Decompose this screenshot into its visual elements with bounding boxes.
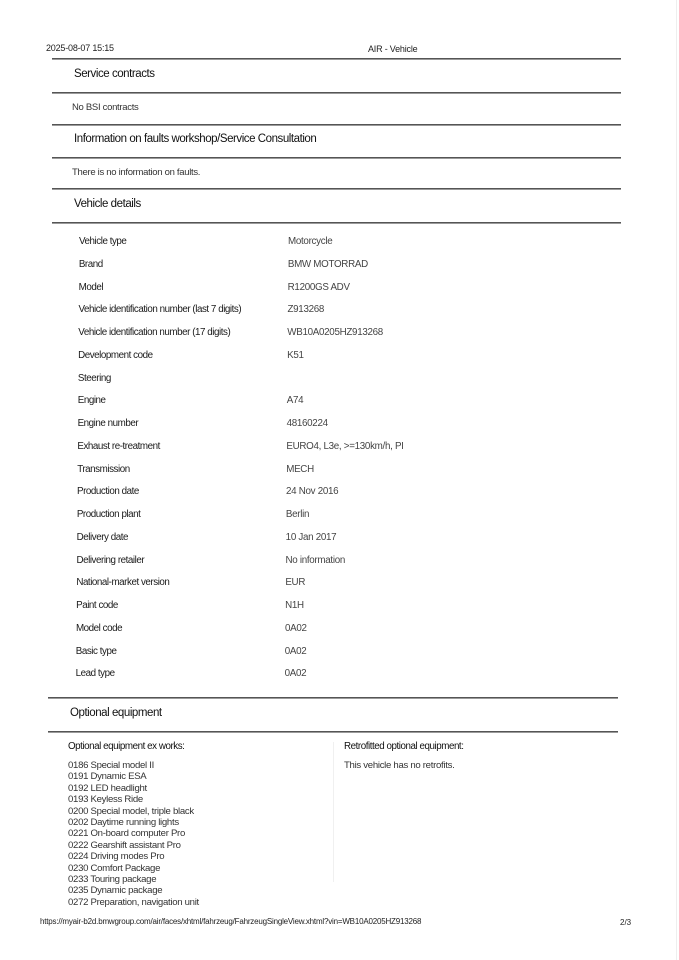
detail-label: Basic type [76,646,117,657]
detail-label: National-market version [76,577,169,588]
equipment-item: 0222 Gearshift assistant Pro [68,840,328,851]
detail-row: Vehicle identification number (last 7 di… [75,304,496,327]
detail-row: Model code0A02 [73,623,496,646]
detail-label: Transmission [77,464,130,475]
equipment-item: 0224 Driving modes Pro [68,851,328,862]
detail-value: Berlin [286,509,309,520]
equipment-item: 0221 On-board computer Pro [68,828,328,839]
detail-row: Exhaust re-treatmentEURO4, L3e, >=130km/… [74,441,496,464]
equipment-item: 0230 Comfort Package [68,863,328,874]
print-title: AIR - Vehicle [368,44,417,54]
ex-works-equipment: Optional equipment ex works: 0186 Specia… [68,741,328,908]
section-title-service-contracts: Service contracts [74,68,155,80]
section-title-vehicle-details: Vehicle details [74,198,141,210]
detail-row: ModelR1200GS ADV [76,282,496,305]
divider [52,222,621,224]
detail-row: Delivery date10 Jan 2017 [74,532,496,555]
print-page-number: 2/3 [620,918,631,927]
detail-value: No information [285,555,345,566]
equipment-item: 0235 Dynamic package [68,885,328,896]
faults-body: There is no information on faults. [72,167,200,178]
section-title-faults: Information on faults workshop/Service C… [74,133,316,145]
detail-row: Basic type0A02 [73,646,496,669]
detail-row: Vehicle typeMotorcycle [76,236,496,259]
detail-row: Engine number48160224 [75,418,496,441]
equipment-item: 0233 Touring package [68,874,328,885]
detail-value: Z913268 [287,304,324,315]
divider [52,92,621,94]
detail-row: Paint codeN1H [73,600,496,623]
detail-row: BrandBMW MOTORRAD [76,259,496,282]
divider [48,731,618,733]
equipment-item: 0186 Special model II [68,760,328,771]
print-datetime: 2025-08-07 15:15 [46,43,114,53]
divider [52,124,621,126]
detail-label: Production plant [77,509,141,520]
equipment-item: 0200 Special model, triple black [68,806,328,817]
detail-label: Exhaust re-treatment [77,441,159,452]
detail-row: Production date24 Nov 2016 [74,486,496,509]
detail-label: Vehicle identification number (17 digits… [78,327,230,338]
detail-label: Vehicle identification number (last 7 di… [78,304,241,315]
detail-value: 24 Nov 2016 [286,486,338,497]
detail-value: A74 [287,395,304,406]
detail-label: Production date [77,486,139,497]
ex-works-heading: Optional equipment ex works: [68,741,328,752]
retrofitted-equipment: Retrofitted optional equipment: This veh… [344,741,624,771]
detail-row: EngineA74 [75,395,496,418]
page-edge [676,0,677,960]
detail-value: K51 [287,350,304,361]
section-title-optional-equipment: Optional equipment [70,707,162,719]
detail-row: Development codeK51 [75,350,496,373]
detail-label: Model [79,282,103,293]
divider [52,58,621,60]
detail-label: Vehicle type [79,236,126,247]
ex-works-list: 0186 Special model II0191 Dynamic ESA019… [68,760,328,908]
detail-value: R1200GS ADV [288,282,350,293]
vehicle-details-table: Vehicle typeMotorcycleBrandBMW MOTORRADM… [76,236,496,691]
service-contracts-body: No BSI contracts [72,102,138,113]
detail-value: WB10A0205HZ913268 [287,327,383,338]
detail-value: MECH [286,464,314,475]
column-divider [333,742,334,882]
equipment-item: 0202 Daytime running lights [68,817,328,828]
detail-label: Delivery date [77,532,128,543]
detail-label: Model code [76,623,122,634]
print-footer-url: https://myair-b2d.bmwgroup.com/air/faces… [40,917,421,926]
detail-value: BMW MOTORRAD [288,259,368,270]
detail-value: Motorcycle [288,236,332,247]
divider [52,157,621,159]
detail-label: Lead type [76,668,115,679]
equipment-item: 0272 Preparation, navigation unit [68,897,328,908]
detail-value: N1H [285,600,304,611]
detail-value: EURO4, L3e, >=130km/h, PI [286,441,403,452]
detail-label: Brand [79,259,103,270]
equipment-item: 0192 LED headlight [68,783,328,794]
equipment-item: 0191 Dynamic ESA [68,771,328,782]
detail-label: Steering [78,373,111,384]
detail-label: Paint code [76,600,118,611]
detail-value: 0A02 [285,646,307,657]
detail-row: Steering [75,373,496,396]
detail-row: Delivering retailerNo information [73,555,496,578]
detail-row: Production plantBerlin [74,509,496,532]
detail-value: 10 Jan 2017 [286,532,337,543]
divider [52,188,621,190]
equipment-item: 0193 Keyless Ride [68,794,328,805]
detail-row: Vehicle identification number (17 digits… [75,327,496,350]
detail-value: 0A02 [285,623,307,634]
detail-value: EUR [285,577,305,588]
detail-row: Lead type0A02 [73,668,496,691]
retrofitted-heading: Retrofitted optional equipment: [344,741,624,752]
detail-label: Delivering retailer [76,555,144,566]
detail-value: 48160224 [287,418,328,429]
detail-label: Engine [78,395,106,406]
detail-row: TransmissionMECH [74,464,496,487]
detail-label: Engine number [78,418,139,429]
detail-row: National-market versionEUR [73,577,496,600]
detail-label: Development code [78,350,153,361]
detail-value: 0A02 [285,668,307,679]
divider [48,697,618,699]
retrofitted-note: This vehicle has no retrofits. [344,760,624,771]
